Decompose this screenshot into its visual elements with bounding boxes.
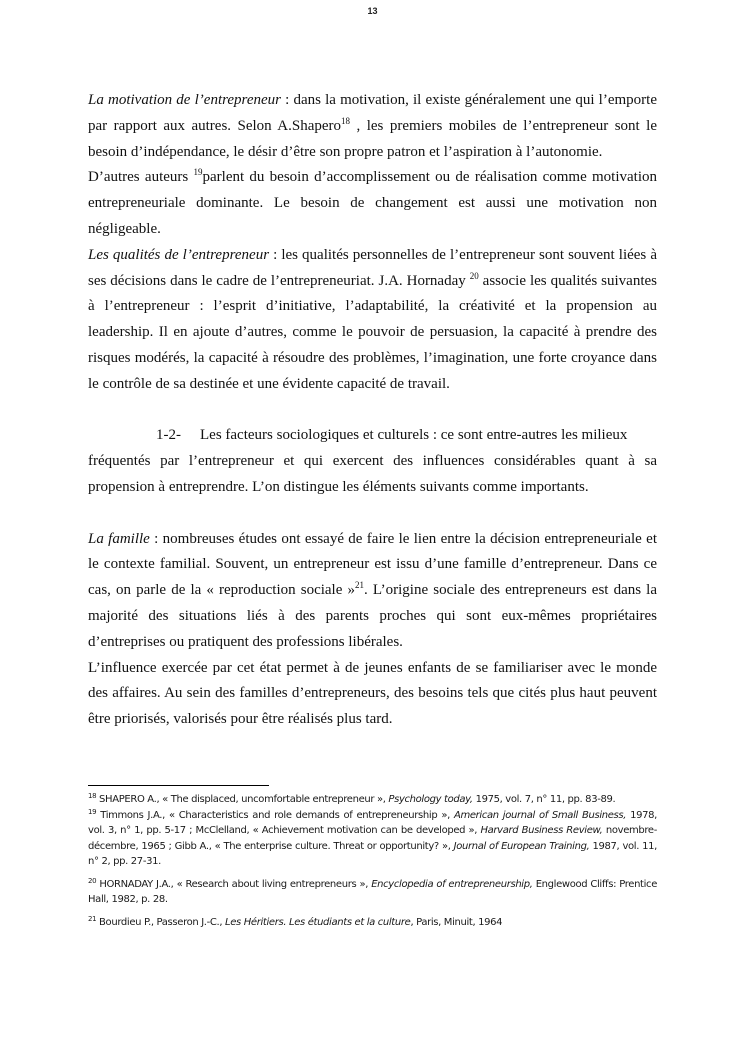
section-heading-1-2: 1-2-Les facteurs sociologiques et cultur… [88, 423, 657, 449]
footnote-ref-20[interactable]: 20 [470, 271, 479, 281]
paragraph-influence: L’influence exercée par cet état permet … [88, 656, 657, 733]
body-text: La motivation de l’entrepreneur : dans l… [88, 88, 657, 733]
footnote-18: 18 SHAPERO A., « The displaced, uncomfor… [88, 792, 657, 808]
spacer [88, 398, 657, 424]
footnote-ref-19[interactable]: 19 [194, 167, 203, 177]
paragraph-motivation: La motivation de l’entrepreneur : dans l… [88, 88, 657, 165]
footnote-19: 19 Timmons J.A., « Characteristics and r… [88, 808, 657, 870]
footnote-separator [88, 785, 269, 786]
paragraph-autres-auteurs: D’autres auteurs 19parlent du besoin d’a… [88, 165, 657, 242]
section-text: fréquentés par l’entrepreneur et qui exe… [88, 449, 657, 501]
paragraph-label: Les qualités de l’entrepreneur [88, 247, 269, 263]
footnote-ref-21[interactable]: 21 [355, 580, 364, 590]
paragraph-famille: La famille : nombreuses études ont essay… [88, 527, 657, 656]
footnote-ref-18[interactable]: 18 [341, 116, 350, 126]
page-number: 13 [0, 6, 745, 16]
paragraph-qualites: Les qualités de l’entrepreneur : les qua… [88, 243, 657, 398]
footnote-21: 21 Bourdieu P., Passeron J.-C., Les Héri… [88, 915, 657, 931]
spacer [88, 501, 657, 527]
footnote-20: 20 HORNADAY J.A., « Research about livin… [88, 877, 657, 908]
paragraph-label: La famille [88, 531, 150, 547]
footnotes: 18 SHAPERO A., « The displaced, uncomfor… [88, 792, 657, 930]
paragraph-label: La motivation de l’entrepreneur [88, 92, 281, 108]
section-number: 1-2- [156, 423, 200, 449]
